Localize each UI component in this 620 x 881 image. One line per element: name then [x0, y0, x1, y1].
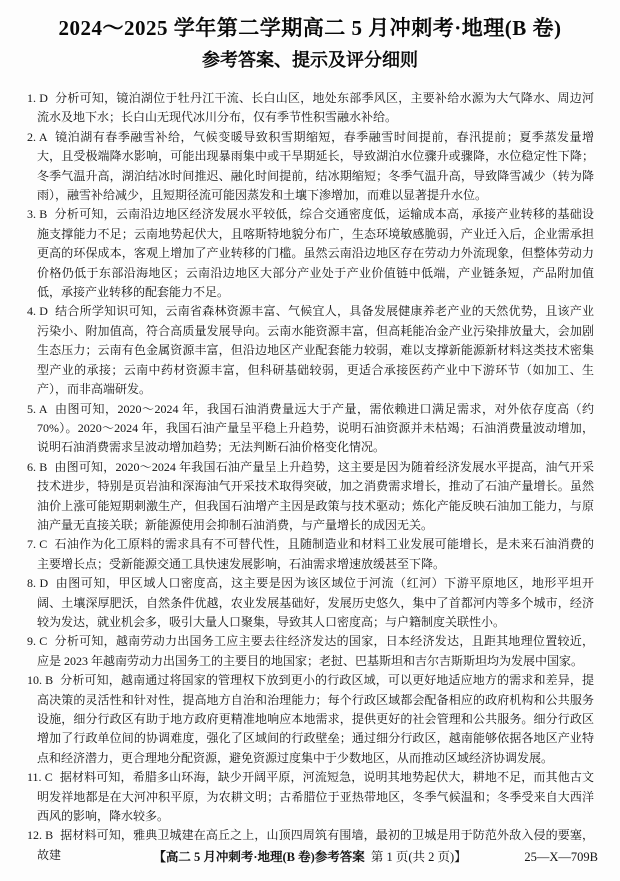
answer-label: 8. D: [27, 576, 48, 590]
answer-label: 9. C: [27, 634, 47, 648]
page-title: 2024～2025 学年第二学期高二 5 月冲刺考·地理(B 卷): [0, 0, 620, 43]
answer-item: 5. A由图可知，2020～2024 年，我国石油消费量远大于产量，需依赖进口满…: [27, 400, 594, 458]
answer-list: 1. D分析可知，镜泊湖位于牡丹江干流、长白山区，地处东部季风区，主要补给水源为…: [0, 89, 620, 865]
answer-label: 6. B: [27, 460, 47, 474]
answer-text: 分析可知，越南劳动力出国务工应主要去往经济发达的国家，日本经济发达，且距其地理位…: [37, 634, 594, 667]
answer-text: 由图可知，2020～2024 年我国石油产量呈上升趋势，这主要是因为随着经济发展…: [37, 460, 594, 532]
answer-text: 分析可知，云南沿边地区经济发展水平较低，综合交通密度低，运输成本高，承接产业转移…: [37, 207, 594, 299]
answer-text: 镜泊湖有春季融雪补给，气候变暖导致积雪期缩短，春季融雪时间提前，春汛提前；夏季蒸…: [37, 130, 594, 202]
answer-item: 10. B分析可知，越南通过将国家的管理权下放到更小的行政区域，可以更好地适应地…: [27, 671, 594, 768]
answer-text: 由图可知，2020～2024 年，我国石油消费量远大于产量，需依赖进口满足需求，…: [37, 402, 594, 455]
answer-label: 3. B: [27, 207, 47, 221]
answer-text: 据材料可知，希腊多山环海，缺少开阔平原，河流短急，说明其地势起伏大，耕地不足，而…: [37, 770, 594, 823]
answer-label: 11. C: [27, 770, 53, 784]
footer-paper-code: 25—X—709B: [524, 849, 598, 865]
answer-item: 2. A镜泊湖有春季融雪补给，气候变暖导致积雪期缩短，春季融雪时间提前，春汛提前…: [27, 128, 594, 206]
answer-label: 12. B: [27, 828, 53, 842]
answer-label: 10. B: [27, 673, 53, 687]
answer-text: 石油作为化工原料的需求具有不可替代性，且随制造业和材料工业发展可能增长，是未来石…: [37, 537, 594, 570]
answer-item: 7. C石油作为化工原料的需求具有不可替代性，且随制造业和材料工业发展可能增长，…: [27, 535, 594, 574]
answer-label: 4. D: [27, 304, 48, 318]
answer-item: 1. D分析可知，镜泊湖位于牡丹江干流、长白山区，地处东部季风区，主要补给水源为…: [27, 89, 594, 128]
answer-text: 结合所学知识可知，云南省森林资源丰富、气候宜人，具备发展健康养老产业的天然优势，…: [37, 304, 594, 396]
page-subtitle: 参考答案、提示及评分细则: [0, 47, 620, 73]
answer-item: 8. D由图可知，甲区域人口密度高，这主要是因为该区域位于河流（红河）下游平原地…: [27, 574, 594, 632]
footer-exam-title: 【高二 5 月冲刺考·地理(B 卷)参考答案: [153, 850, 364, 864]
answer-label: 7. C: [27, 537, 47, 551]
answer-label: 5. A: [27, 402, 48, 416]
answer-item: 4. D结合所学知识可知，云南省森林资源丰富、气候宜人，具备发展健康养老产业的天…: [27, 302, 594, 399]
answer-text: 由图可知，甲区域人口密度高，这主要是因为该区域位于河流（红河）下游平原地区，地形…: [37, 576, 594, 629]
answer-text: 分析可知，越南通过将国家的管理权下放到更小的行政区域，可以更好地适应地方的需求和…: [37, 673, 594, 765]
answer-item: 11. C据材料可知，希腊多山环海，缺少开阔平原，河流短急，说明其地势起伏大，耕…: [27, 768, 594, 826]
footer-page-number: 第 1 页(共 2 页)】: [371, 850, 467, 864]
answer-item: 6. B由图可知，2020～2024 年我国石油产量呈上升趋势，这主要是因为随着…: [27, 458, 594, 536]
answer-sheet-page: 2024～2025 学年第二学期高二 5 月冲刺考·地理(B 卷) 参考答案、提…: [0, 0, 620, 881]
answer-item: 9. C分析可知，越南劳动力出国务工应主要去往经济发达的国家，日本经济发达，且距…: [27, 632, 594, 671]
answer-label: 1. D: [27, 91, 48, 105]
answer-text: 分析可知，镜泊湖位于牡丹江干流、长白山区，地处东部季风区，主要补给水源为大气降水…: [37, 91, 594, 124]
page-footer: 【高二 5 月冲刺考·地理(B 卷)参考答案第 1 页(共 2 页)】 25—X…: [0, 849, 620, 865]
answer-item: 3. B分析可知，云南沿边地区经济发展水平较低，综合交通密度低，运输成本高，承接…: [27, 205, 594, 302]
answer-label: 2. A: [27, 130, 48, 144]
